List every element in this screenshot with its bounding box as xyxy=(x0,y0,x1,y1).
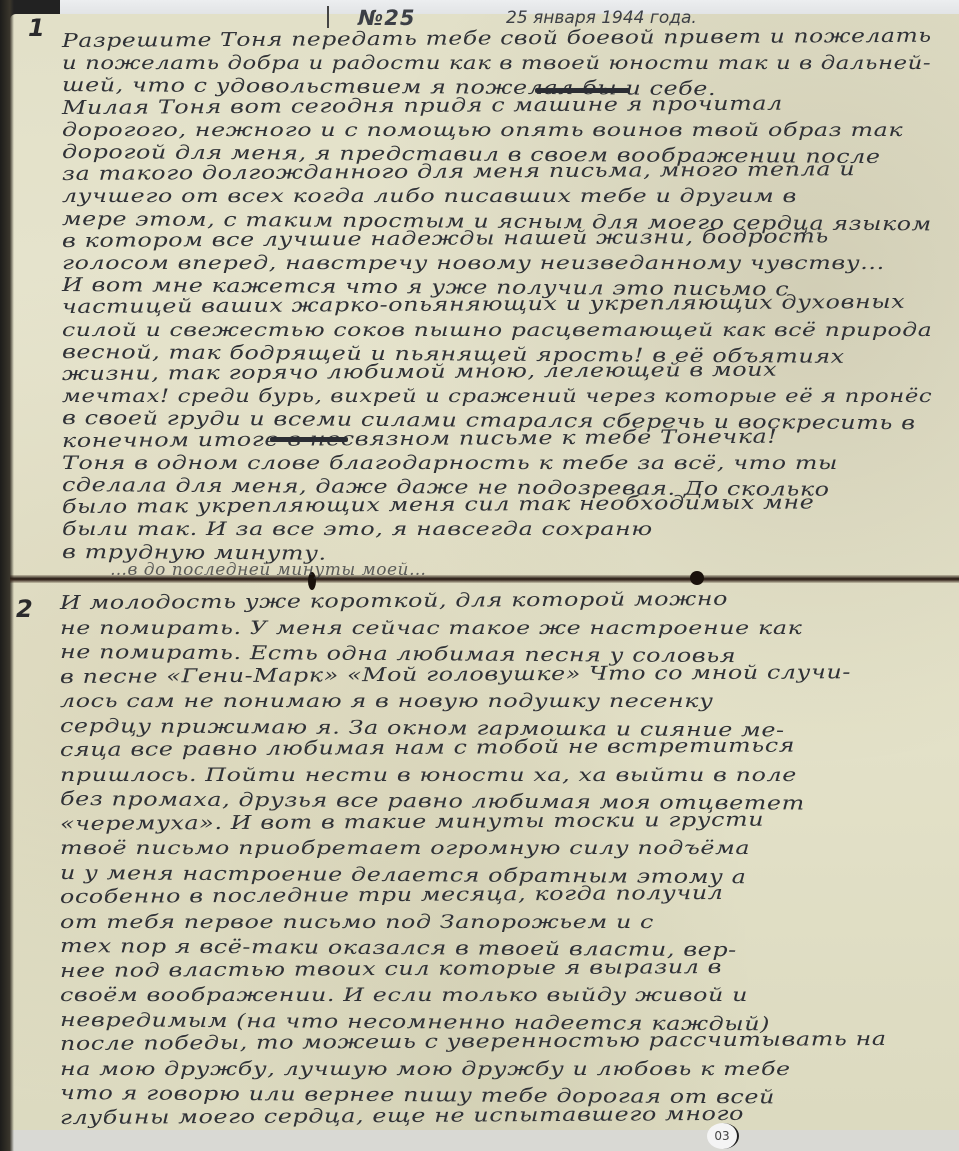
handwritten-line: силой и свежестью соков пышно расцветающ… xyxy=(62,319,932,341)
ink-blot xyxy=(690,571,704,585)
letter-number: №25 xyxy=(358,6,416,30)
strikethrough-mark xyxy=(535,88,630,93)
handwritten-line: нее под властью твоих сил которые я выра… xyxy=(60,955,722,981)
handwritten-line: в котором все лучшие надежды нашей жизни… xyxy=(62,225,829,252)
handwritten-line: мечтах! среди бурь, вихрей и сражений че… xyxy=(62,385,932,407)
letter-date: 25 января 1944 года. xyxy=(506,8,697,28)
fold-line-text: …в до последней минуты моей… xyxy=(110,560,427,580)
handwritten-line: от тебя первое письмо под Запорожьем и с xyxy=(60,911,654,933)
margin-bar xyxy=(327,6,329,28)
handwritten-line: голосом вперед, навстречу новому неизвед… xyxy=(62,252,885,274)
page-mark-2: 2 xyxy=(16,595,33,623)
handwritten-line: в песне «Гени-Марк» «Мой головушке» Что … xyxy=(60,661,851,688)
handwritten-line: дорогого, нежного и с помощью опять воин… xyxy=(62,119,903,141)
handwritten-line: не помирать. У меня сейчас такое же наст… xyxy=(60,617,802,639)
handwritten-line: Тоня в одном слове благодарность к тебе … xyxy=(62,452,838,474)
handwritten-line: своём воображении. И если только выйду ж… xyxy=(60,984,748,1006)
page-mark-1: 1 xyxy=(28,14,45,42)
handwritten-line: сяца все равно любимая нам с тобой не вс… xyxy=(60,735,795,761)
handwritten-line: пришлось. Пойти нести в юности ха, ха вы… xyxy=(60,764,797,786)
handwritten-line: твоё письмо приобретает огромную силу по… xyxy=(60,837,750,859)
handwritten-line: лучшего от всех когда либо писавших тебе… xyxy=(62,185,797,207)
handwritten-line: «черемуха». И вот в такие минуты тоски и… xyxy=(60,808,764,834)
strikethrough-mark xyxy=(270,437,348,442)
handwritten-line: жизни, так горячо любимой мною, лелеющей… xyxy=(62,359,777,385)
handwritten-line: конечном итоге в несвязном письме к тебе… xyxy=(62,425,778,451)
handwritten-line: лось сам не понимаю я в новую подушку пе… xyxy=(60,690,714,712)
handwritten-line: и пожелать добра и радости как в твоей ю… xyxy=(62,52,931,74)
handwritten-line: глубины моего сердца, еще не испытавшего… xyxy=(60,1102,744,1128)
handwritten-line: И молодость уже короткой, для которой мо… xyxy=(60,588,728,614)
handwritten-line: Милая Тоня вот сегодня придя с машине я … xyxy=(62,92,783,118)
handwritten-line: особенно в последние три месяца, когда п… xyxy=(60,882,724,908)
page-number-badge: 03 xyxy=(707,1123,739,1149)
handwritten-line: на мою дружбу, лучшую мою дружбу и любов… xyxy=(60,1058,791,1080)
handwritten-line: были так. И за все это, я навсегда сохра… xyxy=(62,518,653,540)
